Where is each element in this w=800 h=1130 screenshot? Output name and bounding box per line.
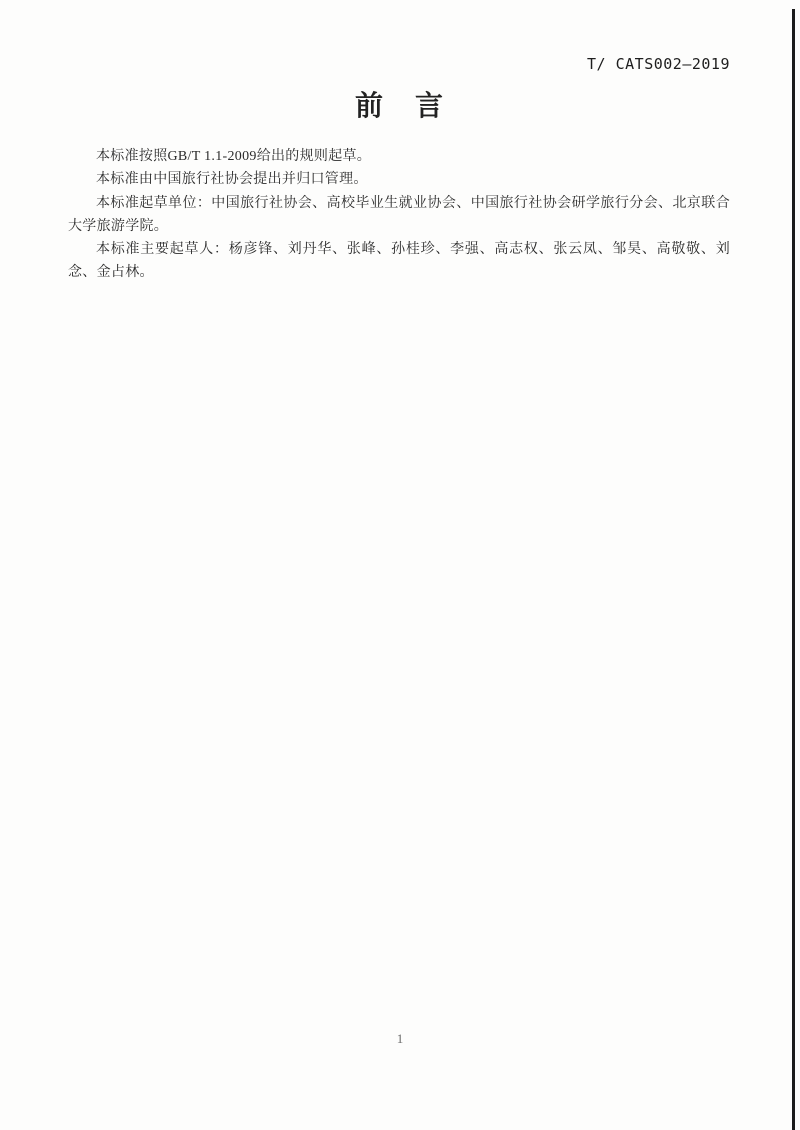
page-title: 前 言 (0, 84, 800, 124)
paragraph-proposing-body: 本标准由中国旅行社协会提出并归口管理。 (68, 168, 730, 191)
paragraph-main-drafters: 本标准主要起草人：杨彦锋、刘丹华、张峰、孙桂珍、李强、高志权、张云凤、邹昊、高敬… (68, 238, 730, 285)
paragraph-drafting-rule: 本标准按照GB/T 1.1-2009给出的规则起草。 (68, 145, 730, 168)
paragraph-drafting-organizations: 本标准起草单位：中国旅行社协会、高校毕业生就业协会、中国旅行社协会研学旅行分会、… (68, 192, 730, 239)
document-body: 本标准按照GB/T 1.1-2009给出的规则起草。 本标准由中国旅行社协会提出… (68, 145, 730, 285)
standard-code: T/ CATS002—2019 (0, 55, 730, 73)
scan-edge-line (792, 9, 795, 1130)
document-page: T/ CATS002—2019 前 言 本标准按照GB/T 1.1-2009给出… (0, 0, 800, 1130)
page-number: 1 (0, 1031, 800, 1047)
